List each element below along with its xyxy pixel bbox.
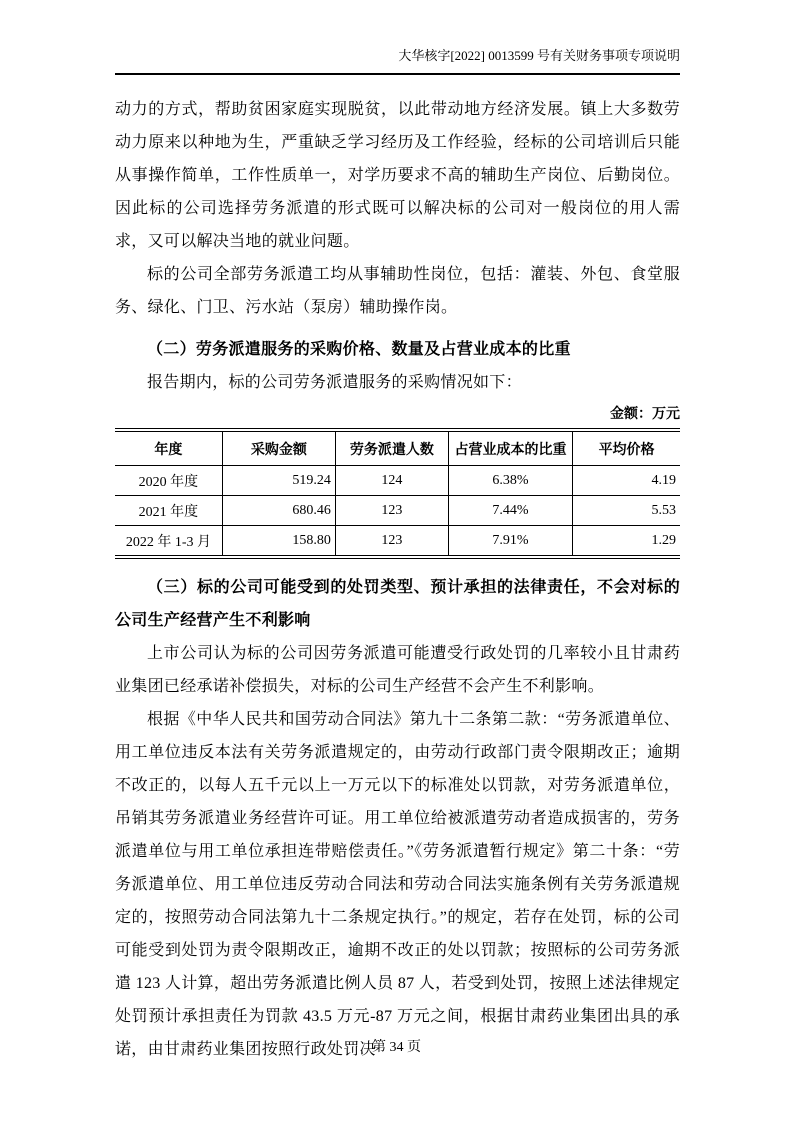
- table-row-2022-q1: 2022 年 1-3 月 158.80 123 7.91% 1.29: [115, 526, 680, 558]
- cell-cost-ratio: 6.38%: [448, 466, 572, 496]
- cell-dispatch-headcount: 123: [335, 526, 448, 558]
- cell-average-price: 1.29: [573, 526, 680, 558]
- column-header-dispatch-headcount: 劳务派遣人数: [335, 430, 448, 466]
- cell-average-price: 5.53: [573, 496, 680, 526]
- table-row-2021: 2021 年度 680.46 123 7.44% 5.53: [115, 496, 680, 526]
- section-3-paragraph-1: 上市公司认为标的公司因劳务派遣可能遭受行政处罚的几率较小且甘肃药业集团已经承诺补…: [115, 637, 680, 703]
- cell-purchase-amount: 158.80: [222, 526, 335, 558]
- column-header-purchase-amount: 采购金额: [222, 430, 335, 466]
- section-2-heading: （二）劳务派遣服务的采购价格、数量及占营业成本的比重: [115, 333, 680, 366]
- document-page: 大华核字[2022] 0013599 号有关财务事项专项说明 动力的方式，帮助贫…: [0, 0, 793, 1122]
- document-header-title: 大华核字[2022] 0013599 号有关财务事项专项说明: [398, 48, 680, 63]
- column-header-cost-ratio: 占营业成本的比重: [448, 430, 572, 466]
- cell-average-price: 4.19: [573, 466, 680, 496]
- cell-cost-ratio: 7.91%: [448, 526, 572, 558]
- cell-purchase-amount: 680.46: [222, 496, 335, 526]
- column-header-average-price: 平均价格: [573, 430, 680, 466]
- section-3-heading: （三）标的公司可能受到的处罚类型、预计承担的法律责任，不会对标的公司生产经营产生…: [115, 571, 680, 637]
- page-number-label: 第 34 页: [372, 1040, 421, 1055]
- table-header-row: 年度 采购金额 劳务派遣人数 占营业成本的比重 平均价格: [115, 430, 680, 466]
- procurement-table: 年度 采购金额 劳务派遣人数 占营业成本的比重 平均价格 2020 年度 519…: [115, 428, 680, 559]
- cell-year: 2021 年度: [115, 496, 222, 526]
- cell-dispatch-headcount: 124: [335, 466, 448, 496]
- column-header-year: 年度: [115, 430, 222, 466]
- paragraph-auxiliary-positions: 标的公司全部劳务派遣工均从事辅助性岗位，包括：灌装、外包、食堂服务、绿化、门卫、…: [115, 258, 680, 324]
- cell-purchase-amount: 519.24: [222, 466, 335, 496]
- cell-cost-ratio: 7.44%: [448, 496, 572, 526]
- cell-year: 2020 年度: [115, 466, 222, 496]
- paragraph-continuation: 动力的方式，帮助贫困家庭实现脱贫，以此带动地方经济发展。镇上大多数劳动力原来以种…: [115, 93, 680, 258]
- table-unit-label: 金额：万元: [115, 404, 680, 426]
- section-2-intro: 报告期内，标的公司劳务派遣服务的采购情况如下：: [115, 366, 680, 399]
- section-3-paragraph-2: 根据《中华人民共和国劳动合同法》第九十二条第二款：“劳务派遣单位、用工单位违反本…: [115, 703, 680, 1066]
- document-header: 大华核字[2022] 0013599 号有关财务事项专项说明: [115, 48, 680, 75]
- cell-year: 2022 年 1-3 月: [115, 526, 222, 558]
- page-content: 大华核字[2022] 0013599 号有关财务事项专项说明 动力的方式，帮助贫…: [115, 48, 680, 1066]
- cell-dispatch-headcount: 123: [335, 496, 448, 526]
- table-row-2020: 2020 年度 519.24 124 6.38% 4.19: [115, 466, 680, 496]
- page-number-footer: 第 34 页: [0, 1036, 793, 1056]
